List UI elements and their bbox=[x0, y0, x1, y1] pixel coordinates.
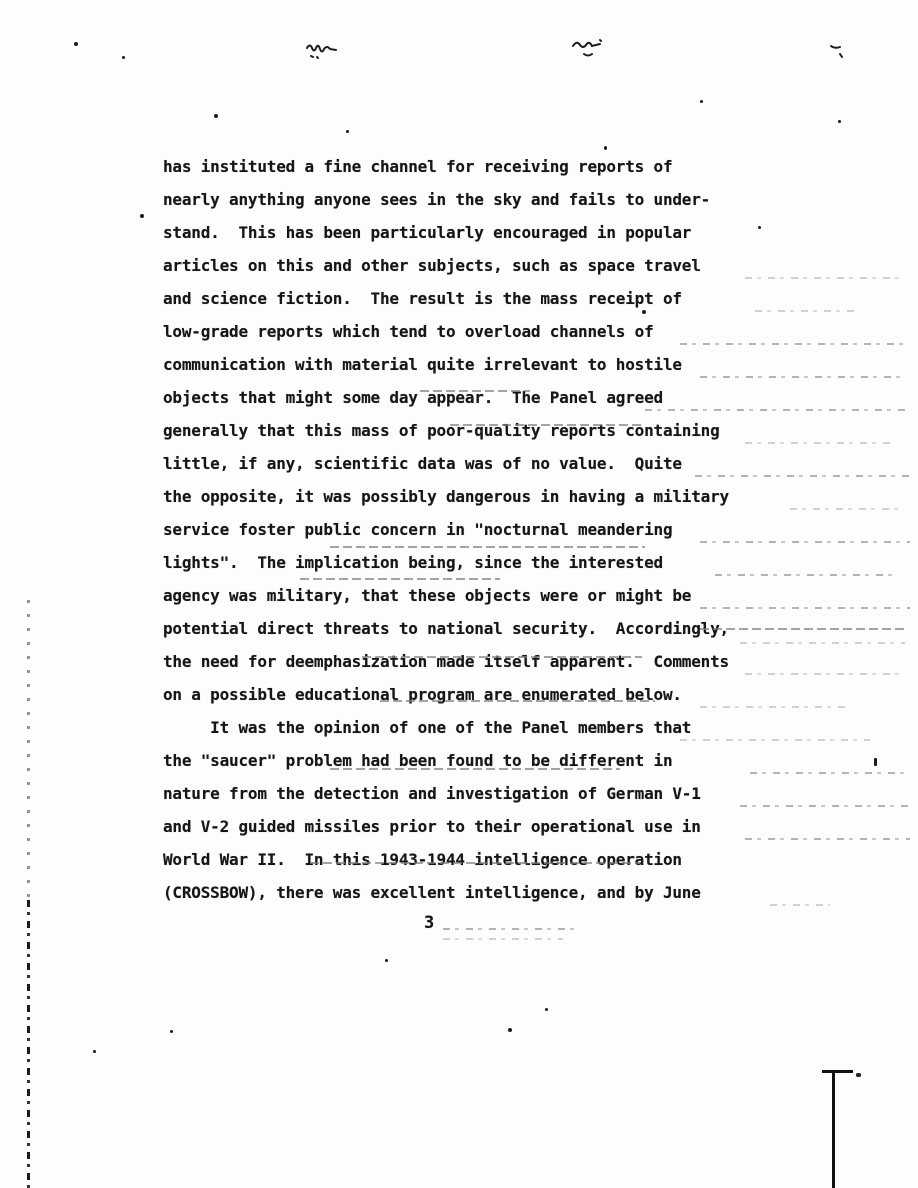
ink-speck bbox=[93, 1050, 96, 1053]
scan-streak bbox=[700, 541, 910, 543]
ink-speck bbox=[140, 214, 144, 218]
scan-streak bbox=[715, 574, 895, 576]
underline-artifact bbox=[420, 390, 530, 392]
scanned-document-page: has instituted a fine channel for receiv… bbox=[0, 0, 918, 1188]
scan-streak bbox=[695, 475, 910, 477]
scan-streak bbox=[700, 628, 905, 630]
ink-speck bbox=[758, 226, 761, 229]
page-edge-line bbox=[27, 900, 30, 1188]
scan-streak bbox=[680, 343, 905, 345]
ink-smudge-icon bbox=[828, 42, 848, 62]
underline-artifact bbox=[362, 656, 642, 658]
ink-speck bbox=[874, 758, 877, 766]
ink-speck bbox=[700, 100, 703, 103]
document-body: has instituted a fine channel for receiv… bbox=[163, 150, 863, 909]
pen-mark-dot bbox=[856, 1073, 861, 1077]
scan-streak bbox=[745, 442, 895, 444]
page-edge-line bbox=[27, 600, 30, 900]
text-line: nearly anything anyone sees in the sky a… bbox=[163, 183, 863, 216]
underline-artifact bbox=[380, 700, 655, 702]
scan-streak bbox=[645, 409, 905, 411]
text-line: (CROSSBOW), there was excellent intellig… bbox=[163, 876, 863, 909]
scan-streak bbox=[700, 607, 910, 609]
text-line: the opposite, it was possibly dangerous … bbox=[163, 480, 863, 513]
ink-speck bbox=[74, 42, 78, 46]
text-line: World War II. In this 1943-1944 intellig… bbox=[163, 843, 863, 876]
underline-artifact bbox=[450, 424, 645, 426]
scan-streak bbox=[790, 508, 905, 510]
scan-streak bbox=[443, 928, 578, 930]
scan-streak bbox=[770, 904, 830, 906]
scan-streak bbox=[745, 277, 905, 279]
underline-artifact bbox=[310, 862, 640, 864]
underline-artifact bbox=[330, 546, 645, 548]
page-number: 3 bbox=[424, 913, 434, 933]
ink-speck bbox=[122, 56, 125, 59]
scan-streak bbox=[700, 376, 905, 378]
text-line: stand. This has been particularly encour… bbox=[163, 216, 863, 249]
scan-streak bbox=[443, 938, 563, 940]
ink-speck bbox=[545, 1008, 548, 1011]
ink-smudge-icon bbox=[570, 36, 606, 60]
underline-artifact bbox=[300, 578, 500, 580]
scan-streak bbox=[680, 739, 870, 741]
scan-streak bbox=[740, 805, 912, 807]
ink-speck bbox=[170, 1030, 173, 1033]
pen-mark-vertical bbox=[832, 1072, 835, 1188]
ink-smudge-icon bbox=[305, 40, 347, 62]
text-line: has instituted a fine channel for receiv… bbox=[163, 150, 863, 183]
scan-streak bbox=[700, 706, 850, 708]
scan-streak bbox=[740, 642, 905, 644]
scan-streak bbox=[750, 772, 910, 774]
ink-speck bbox=[508, 1028, 512, 1032]
ink-speck bbox=[214, 114, 218, 118]
scan-streak bbox=[745, 838, 910, 840]
underline-artifact bbox=[330, 768, 620, 770]
ink-speck bbox=[385, 959, 388, 962]
ink-speck bbox=[346, 130, 349, 133]
pen-mark-bar bbox=[822, 1070, 853, 1073]
scan-streak bbox=[755, 310, 855, 312]
ink-speck bbox=[838, 120, 841, 123]
ink-speck bbox=[604, 146, 607, 150]
ink-speck bbox=[642, 310, 646, 314]
scan-streak bbox=[745, 673, 905, 675]
